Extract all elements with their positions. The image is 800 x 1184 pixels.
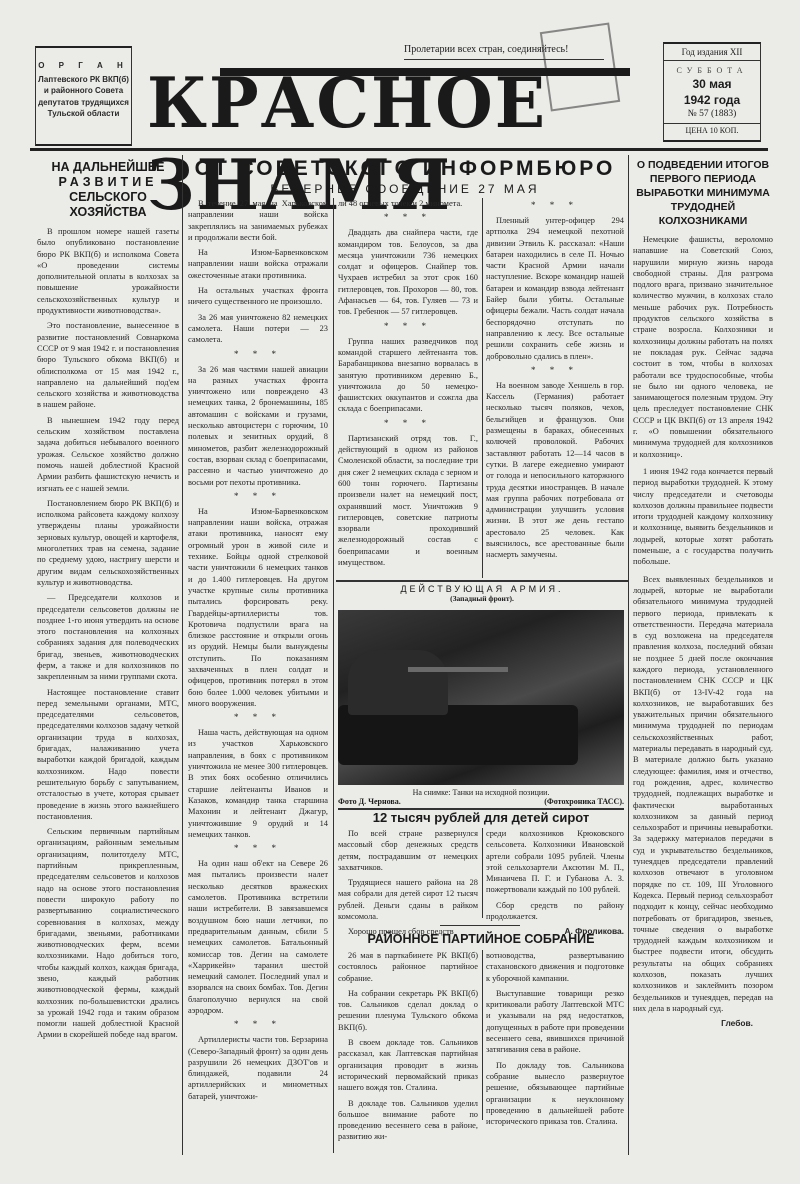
paragraph: Настоящее постановление ставит перед зем…	[37, 687, 179, 823]
masthead-rule	[30, 148, 768, 151]
photo-subheading: (Западный фронт).	[336, 594, 628, 603]
paragraph: 1 июня 1942 года кончается первый период…	[633, 466, 773, 568]
paragraph: В течение 27 мая на Харьковском направле…	[188, 198, 328, 243]
paragraph: Постановлением бюро РК ВКП(б) и исполком…	[37, 498, 179, 588]
headline-line: НА ДАЛЬНЕЙШЕЕ	[37, 160, 179, 175]
paragraph: среди колхозников Крюковского сельсовета…	[486, 828, 624, 896]
paragraph: На остальных участках фронта ничего суще…	[188, 285, 328, 308]
organ-line: депутатов трудящихся	[36, 97, 131, 109]
informburo-col2: ли 48 огневых точек и 2 миномета. * * * …	[338, 198, 478, 572]
weekday: СУББОТА	[664, 66, 760, 75]
separator-stars: * * *	[338, 419, 478, 428]
tank-turret	[348, 650, 448, 715]
tank-photo	[338, 610, 624, 785]
paragraph: На военном заводе Хеншель в гор. Кассель…	[486, 380, 624, 561]
date-box: Год издания XII СУББОТА 30 мая 1942 года…	[663, 42, 761, 142]
paragraph: На Изюм-Барвенковском направлении наши в…	[188, 506, 328, 709]
photo-block: ДЕЙСТВУЮЩАЯ АРМИЯ. (Западный фронт).	[336, 580, 628, 603]
paragraph: Двадцать два снайпера части, где команди…	[338, 227, 478, 317]
photo-caption: На снимке: Танки на исходной позиции.	[338, 788, 624, 797]
paragraph: Сбор средств по району продолжается.	[486, 900, 624, 923]
paragraph: На один наш об'ект на Севере 26 мая пыта…	[188, 858, 328, 1016]
informburo-col1: В течение 27 мая на Харьковском направле…	[188, 198, 328, 1106]
headline-line: РАЗВИТИЕ	[37, 175, 179, 190]
party-col2: вотноводства, развертыванию стахановског…	[486, 950, 624, 1131]
price: ЦЕНА 10 КОП.	[664, 123, 760, 135]
headline-line: ВЫРАБОТКИ МИНИМУМА	[633, 186, 773, 200]
party-col1: 26 мая в парткабинете РК ВКП(б) состояло…	[338, 950, 478, 1147]
paragraph: Наша часть, действующая на одном из учас…	[188, 727, 328, 840]
issue-number: № 57 (1883)	[664, 109, 760, 119]
separator-stars: * * *	[188, 713, 328, 722]
column-divider	[482, 828, 483, 918]
year-of-issue: Год издания XII	[664, 44, 760, 61]
orphans-headline: 12 тысяч рублей для детей сирот	[338, 810, 624, 825]
paragraph: На Изюм-Барвенковском направлении наши в…	[188, 247, 328, 281]
issue-date: 30 мая	[664, 78, 760, 91]
separator-stars: * * *	[188, 492, 328, 501]
paragraph: В нынешнем 1942 году перед сельским хозя…	[37, 415, 179, 494]
issue-year: 1942 года	[664, 94, 760, 107]
column-divider	[482, 198, 483, 578]
left-article-headline: НА ДАЛЬНЕЙШЕЕ РАЗВИТИЕ СЕЛЬСКОГО ХОЗЯЙСТ…	[37, 160, 179, 220]
photo-credit: Фото Д. Чернова. (Фотохроника ТАСС).	[338, 797, 624, 810]
paragraph: За 26 мая уничтожено 82 немецких самолет…	[188, 312, 328, 346]
paragraph: Группа наших разведчиков под командой ст…	[338, 336, 478, 415]
paragraph: 26 мая в парткабинете РК ВКП(б) состояло…	[338, 950, 478, 984]
organ-line: Тульской области	[36, 108, 131, 120]
separator-stars: * * *	[338, 322, 478, 331]
paragraph: В докладе тов. Сальников уделил большое …	[338, 1098, 478, 1143]
paragraph: вотноводства, развертыванию стахановског…	[486, 950, 624, 984]
center-subheadline: ВЕЧЕРНЕЕ СООБЩЕНИЕ 27 МАЯ	[185, 182, 625, 196]
headline-line: СЕЛЬСКОГО ХОЗЯЙСТВА	[37, 190, 179, 220]
paragraph: За 26 мая частями нашей авиации на разны…	[188, 364, 328, 488]
paragraph: Немецкие фашисты, вероломно напавшие на …	[633, 234, 773, 460]
paragraph: В своем докладе тов. Сальников рассказал…	[338, 1037, 478, 1093]
organ-label: О Р Г А Н	[36, 60, 131, 72]
paragraph: Это постановление, вынесенное в развитие…	[37, 320, 179, 410]
photo-caption-block: На снимке: Танки на исходной позиции. Фо…	[338, 788, 624, 810]
separator-stars: * * *	[486, 366, 624, 375]
organ-line: и районного Совета	[36, 85, 131, 97]
center-headline: ОТ СОВЕТСКОГО ИНФОРМБЮРО	[185, 157, 625, 181]
separator-stars: * * *	[486, 201, 624, 210]
left-article: НА ДАЛЬНЕЙШЕЕ РАЗВИТИЕ СЕЛЬСКОГО ХОЗЯЙСТ…	[37, 160, 179, 1045]
photo-heading: ДЕЙСТВУЮЩАЯ АРМИЯ.	[336, 584, 628, 594]
paragraph: — Председатели колхозов и председатели с…	[37, 592, 179, 682]
headline-line: О ПОДВЕДЕНИИ ИТОГОВ	[633, 158, 773, 172]
column-divider	[482, 950, 483, 1120]
paragraph: Пленный унтер-офицер 294 артполка 294 не…	[486, 215, 624, 362]
separator-stars: * * *	[188, 1020, 328, 1029]
column-divider	[628, 155, 629, 1155]
orphans-col2: среди колхозников Крюковского сельсовета…	[486, 828, 624, 938]
paragraph: Партизанский отряд тов. Г., действующий …	[338, 433, 478, 569]
paragraph: По всей стране развернулся массовый сбор…	[338, 828, 478, 873]
paragraph: Всех выявленных бездельников и лодырей, …	[633, 574, 773, 1015]
paragraph: Трудящиеся нашего района на 28 мая собра…	[338, 877, 478, 922]
separator-stars: * * *	[338, 213, 478, 222]
right-article-author: Глебов.	[633, 1018, 753, 1029]
column-divider	[182, 155, 183, 1155]
tank-gun	[408, 667, 508, 672]
informburo-col3: * * * Пленный унтер-офицер 294 артполка …	[486, 198, 624, 565]
paragraph: ли 48 огневых точек и 2 миномета.	[338, 198, 478, 209]
photographer: Фото Д. Чернова.	[338, 797, 401, 806]
right-article-headline: О ПОДВЕДЕНИИ ИТОГОВ ПЕРВОГО ПЕРИОДА ВЫРА…	[633, 158, 773, 228]
separator-stars: * * *	[188, 350, 328, 359]
column-divider	[333, 198, 334, 1153]
section-rule	[440, 925, 520, 926]
party-headline: РАЙОННОЕ ПАРТИЙНОЕ СОБРАНИЕ	[338, 932, 624, 946]
organ-line: Лаптевского РК ВКП(б)	[36, 74, 131, 86]
right-article: О ПОДВЕДЕНИИ ИТОГОВ ПЕРВОГО ПЕРИОДА ВЫРА…	[633, 158, 773, 1029]
paragraph: Артиллеристы части тов. Берзарина (Север…	[188, 1034, 328, 1102]
paragraph: На собрании секретарь РК ВКП(б) тов. Сал…	[338, 988, 478, 1033]
paragraph: По докладу тов. Сальникова собрание выне…	[486, 1060, 624, 1128]
headline-line: ПЕРВОГО ПЕРИОДА	[633, 172, 773, 186]
organ-box: О Р Г А Н Лаптевского РК ВКП(б) и районн…	[35, 46, 132, 146]
newspaper-title: КРАСНОЕ ЗНАМЯ	[147, 62, 647, 144]
headline-line: ТРУДОДНЕЙ КОЛХОЗНИКАМИ	[633, 200, 773, 228]
paragraph: Сельским первичным партийным организация…	[37, 826, 179, 1041]
separator-stars: * * *	[188, 844, 328, 853]
paragraph: Выступавшие товарищи резко критиковали р…	[486, 988, 624, 1056]
photo-agency: (Фотохроника ТАСС).	[544, 797, 624, 806]
paragraph: В прошлом номере нашей газеты было опубл…	[37, 226, 179, 316]
